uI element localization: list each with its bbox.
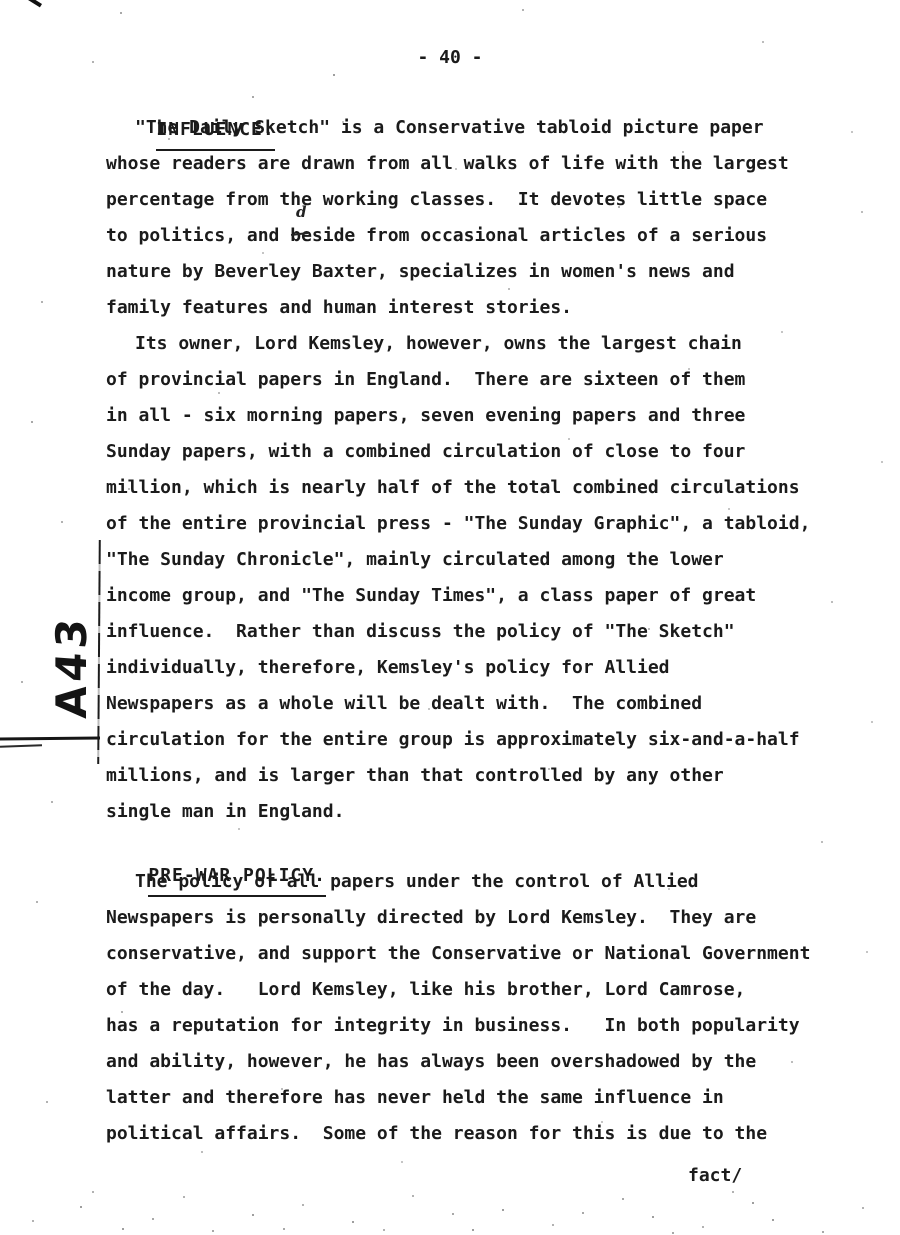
paragraph-line: political affairs. Some of the reason fo… — [106, 1116, 810, 1152]
paragraph-line: percentage from the working classes. It … — [106, 182, 789, 218]
paragraph-line: millions, and is larger than that contro… — [106, 758, 810, 794]
paragraph-line: Newspapers is personally directed by Lor… — [106, 900, 810, 936]
paragraph-line: nature by Beverley Baxter, specializes i… — [106, 254, 789, 290]
page-number: - 40 - — [0, 40, 900, 76]
paragraph-line: latter and therefore has never held the … — [106, 1080, 810, 1116]
paragraph-line: individually, therefore, Kemsley's polic… — [106, 650, 810, 686]
paragraph-line: The policy of all papers under the contr… — [106, 864, 810, 900]
margin-pen-horizontal-line — [0, 736, 100, 740]
paragraph-daily-sketch: "The Daily Sketch" is a Conservative tab… — [106, 110, 789, 326]
paragraph-line: "The Sunday Chronicle", mainly circulate… — [106, 542, 810, 578]
paragraph-line: conservative, and support the Conservati… — [106, 936, 810, 972]
paragraph-pre-war-policy: The policy of all papers under the contr… — [106, 864, 810, 1152]
scan-noise-bottom-band — [0, 0, 2, 2]
paragraph-line: in all - six morning papers, seven eveni… — [106, 398, 810, 434]
paragraph-line: income group, and "The Sunday Times", a … — [106, 578, 810, 614]
paragraph-line: million, which is nearly half of the tot… — [106, 470, 810, 506]
scan-corner-mark — [28, 0, 42, 7]
paragraph-line: circulation for the entire group is appr… — [106, 722, 810, 758]
paragraph-line: whose readers are drawn from all walks o… — [106, 146, 789, 182]
paragraph-line: to politics, and beside from occasional … — [106, 218, 789, 254]
document-page: - 40 - INFLUENCE. "The Daily Sketch" is … — [0, 0, 900, 1235]
paragraph-line: of the entire provincial press - "The Su… — [106, 506, 810, 542]
paragraph-line: influence. Rather than discuss the polic… — [106, 614, 810, 650]
catchword: fact/ — [688, 1158, 742, 1194]
paragraph-line: of the day. Lord Kemsley, like his broth… — [106, 972, 810, 1008]
margin-pen-vertical-line — [97, 540, 101, 764]
paragraph-kemsley-chain: Its owner, Lord Kemsley, however, owns t… — [106, 326, 810, 830]
paragraph-line: and ability, however, he has always been… — [106, 1044, 810, 1080]
paragraph-line: Newspapers as a whole will be dealt with… — [106, 686, 810, 722]
paragraph-line: family features and human interest stori… — [106, 290, 789, 326]
handwritten-correction-letter: d — [296, 205, 307, 220]
paragraph-line: Its owner, Lord Kemsley, however, owns t… — [106, 326, 810, 362]
paragraph-line: Sunday papers, with a combined circulati… — [106, 434, 810, 470]
margin-pen-horizontal-line-secondary — [0, 744, 42, 747]
paragraph-line: of provincial papers in England. There a… — [106, 362, 810, 398]
margin-annotation-code: A43 — [47, 613, 96, 719]
paragraph-line: has a reputation for integrity in busine… — [106, 1008, 810, 1044]
paragraph-line: "The Daily Sketch" is a Conservative tab… — [106, 110, 789, 146]
